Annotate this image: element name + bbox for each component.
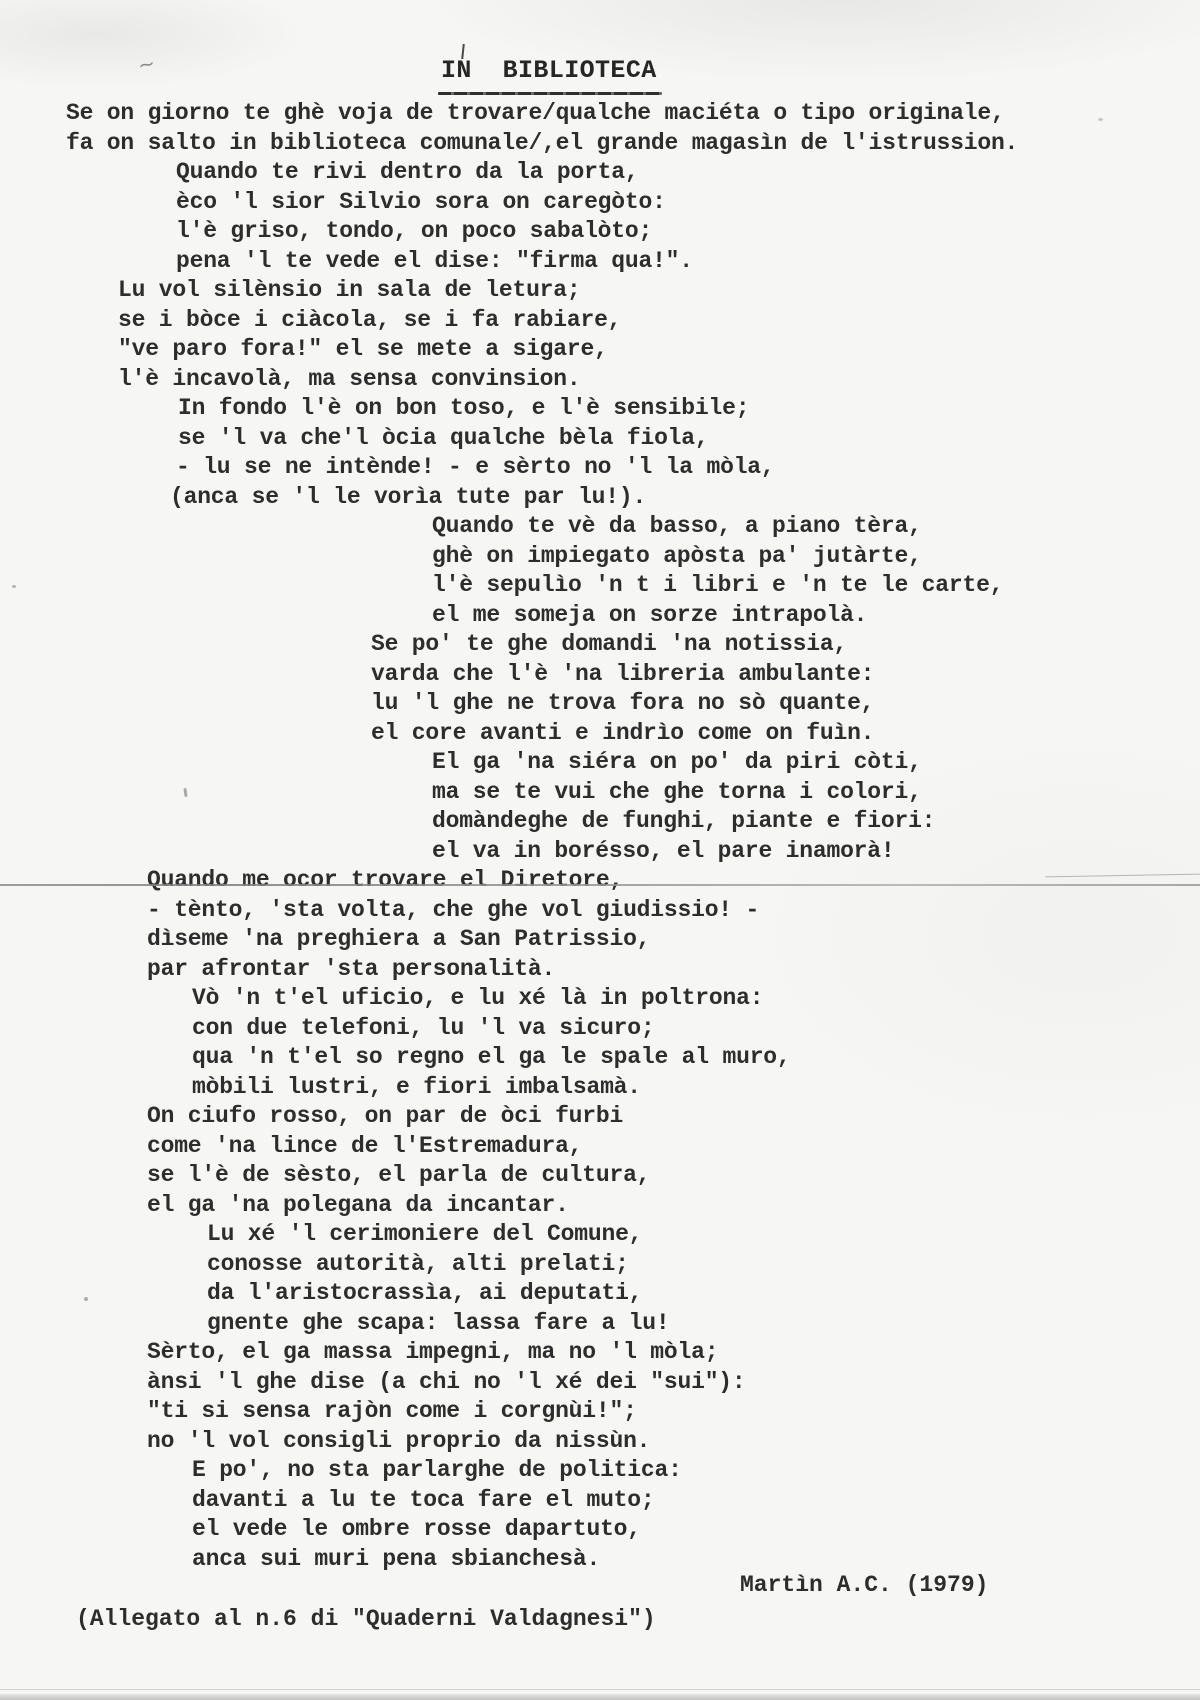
poem-line: l'è griso, tondo, on poco sabalòto;	[0, 218, 1200, 248]
poem-line: l'è incavolà, ma sensa convinsion.	[0, 366, 1200, 396]
poem-line: no 'l vol consigli proprio da nissùn.	[0, 1428, 1200, 1458]
scan-speck	[1098, 118, 1103, 121]
poem-line: Se on giorno te ghè voja de trovare/qual…	[0, 100, 1200, 130]
poem-line: ma se te vui che ghe torna i colori,	[0, 779, 1200, 809]
poem-line: qua 'n t'el so regno el ga le spale al m…	[0, 1044, 1200, 1074]
poem-line: come 'na lince de l'Estremadura,	[0, 1133, 1200, 1163]
bottom-scan-edge	[0, 1694, 1200, 1700]
poem-line: el va in borésso, el pare inamorà!	[0, 838, 1200, 868]
poem-line: el vede le ombre rosse dapartuto,	[0, 1516, 1200, 1546]
poem-line: Lu xé 'l cerimoniere del Comune,	[0, 1221, 1200, 1251]
poem-line: se l'è de sèsto, el parla de cultura,	[0, 1162, 1200, 1192]
poem-line: Quando te vè da basso, a piano tèra,	[0, 513, 1200, 543]
title-underline	[438, 92, 662, 95]
author-signature: Martìn A.C. (1979)	[740, 1572, 988, 1598]
poem-line: lu 'l ghe ne trova fora no sò quante,	[0, 690, 1200, 720]
poem-line: El ga 'na siéra on po' da piri còti,	[0, 749, 1200, 779]
document-page: ~ IN BIBLIOTECA Se on giorno te ghè voja…	[0, 0, 1200, 1700]
pen-squiggle-mark: ~	[136, 51, 157, 78]
poem-body: Se on giorno te ghè voja de trovare/qual…	[0, 100, 1200, 1575]
poem-line: èco 'l sior Silvio sora on caregòto:	[0, 189, 1200, 219]
poem-line: Quando me ocor trovare el Diretore,	[0, 867, 1200, 897]
poem-line: el me someja on sorze intrapolà.	[0, 602, 1200, 632]
poem-line: "ve paro fora!" el se mete a sigare,	[0, 336, 1200, 366]
poem-line: con due telefoni, lu 'l va sicuro;	[0, 1015, 1200, 1045]
poem-line: l'è sepulìo 'n t i libri e 'n te le cart…	[0, 572, 1200, 602]
poem-line: In fondo l'è on bon toso, e l'è sensibil…	[0, 395, 1200, 425]
poem-line: el core avanti e indrìo come on fuìn.	[0, 720, 1200, 750]
poem-line: E po', no sta parlarghe de politica:	[0, 1457, 1200, 1487]
poem-line: da l'aristocrassìa, ai deputati,	[0, 1280, 1200, 1310]
fold-crease-line	[0, 884, 1200, 886]
scan-speck	[84, 1297, 88, 1301]
poem-line: domàndeghe de funghi, piante e fiori:	[0, 808, 1200, 838]
poem-line: Sèrto, el ga massa impegni, ma no 'l mòl…	[0, 1339, 1200, 1369]
poem-line: conosse autorità, alti prelati;	[0, 1251, 1200, 1281]
poem-line: par afrontar 'sta personalità.	[0, 956, 1200, 986]
poem-title: IN BIBLIOTECA	[441, 56, 657, 85]
poem-line: el ga 'na polegana da incantar.	[0, 1192, 1200, 1222]
poem-line: dìseme 'na preghiera a San Patrissio,	[0, 926, 1200, 956]
poem-line: pena 'l te vede el dise: "firma qua!".	[0, 248, 1200, 278]
scan-edge-line	[0, 1689, 1200, 1690]
poem-line: Vò 'n t'el uficio, e lu xé là in poltron…	[0, 985, 1200, 1015]
scan-speck	[12, 585, 16, 588]
poem-line: gnente ghe scapa: lassa fare a lu!	[0, 1310, 1200, 1340]
poem-line: Se po' te ghe domandi 'na notissia,	[0, 631, 1200, 661]
poem-line: se 'l va che'l òcia qualche bèla fiola,	[0, 425, 1200, 455]
poem-line: - tènto, 'sta volta, che ghe vol giudiss…	[0, 897, 1200, 927]
poem-line: varda che l'è 'na libreria ambulante:	[0, 661, 1200, 691]
poem-line: ànsi 'l ghe dise (a chi no 'l xé dei "su…	[0, 1369, 1200, 1399]
poem-line: ghè on impiegato apòsta pa' jutàrte,	[0, 543, 1200, 573]
poem-line: se i bòce i ciàcola, se i fa rabiare,	[0, 307, 1200, 337]
poem-line: Quando te rivi dentro da la porta,	[0, 159, 1200, 189]
poem-line: On ciufo rosso, on par de òci furbi	[0, 1103, 1200, 1133]
poem-line: fa on salto in biblioteca comunale/,el g…	[0, 130, 1200, 160]
poem-line: anca sui muri pena sbianchesà.	[0, 1546, 1200, 1576]
poem-line: davanti a lu te toca fare el muto;	[0, 1487, 1200, 1517]
poem-line: Lu vol silènsio in sala de letura;	[0, 277, 1200, 307]
poem-line: mòbili lustri, e fiori imbalsamà.	[0, 1074, 1200, 1104]
poem-line: (anca se 'l le vorìa tute par lu!).	[0, 484, 1200, 514]
attachment-note: (Allegato al n.6 di "Quaderni Valdagnesi…	[76, 1606, 656, 1632]
poem-line: - lu se ne intènde! - e sèrto no 'l la m…	[0, 454, 1200, 484]
poem-line: "ti si sensa rajòn come i corgnùi!";	[0, 1398, 1200, 1428]
